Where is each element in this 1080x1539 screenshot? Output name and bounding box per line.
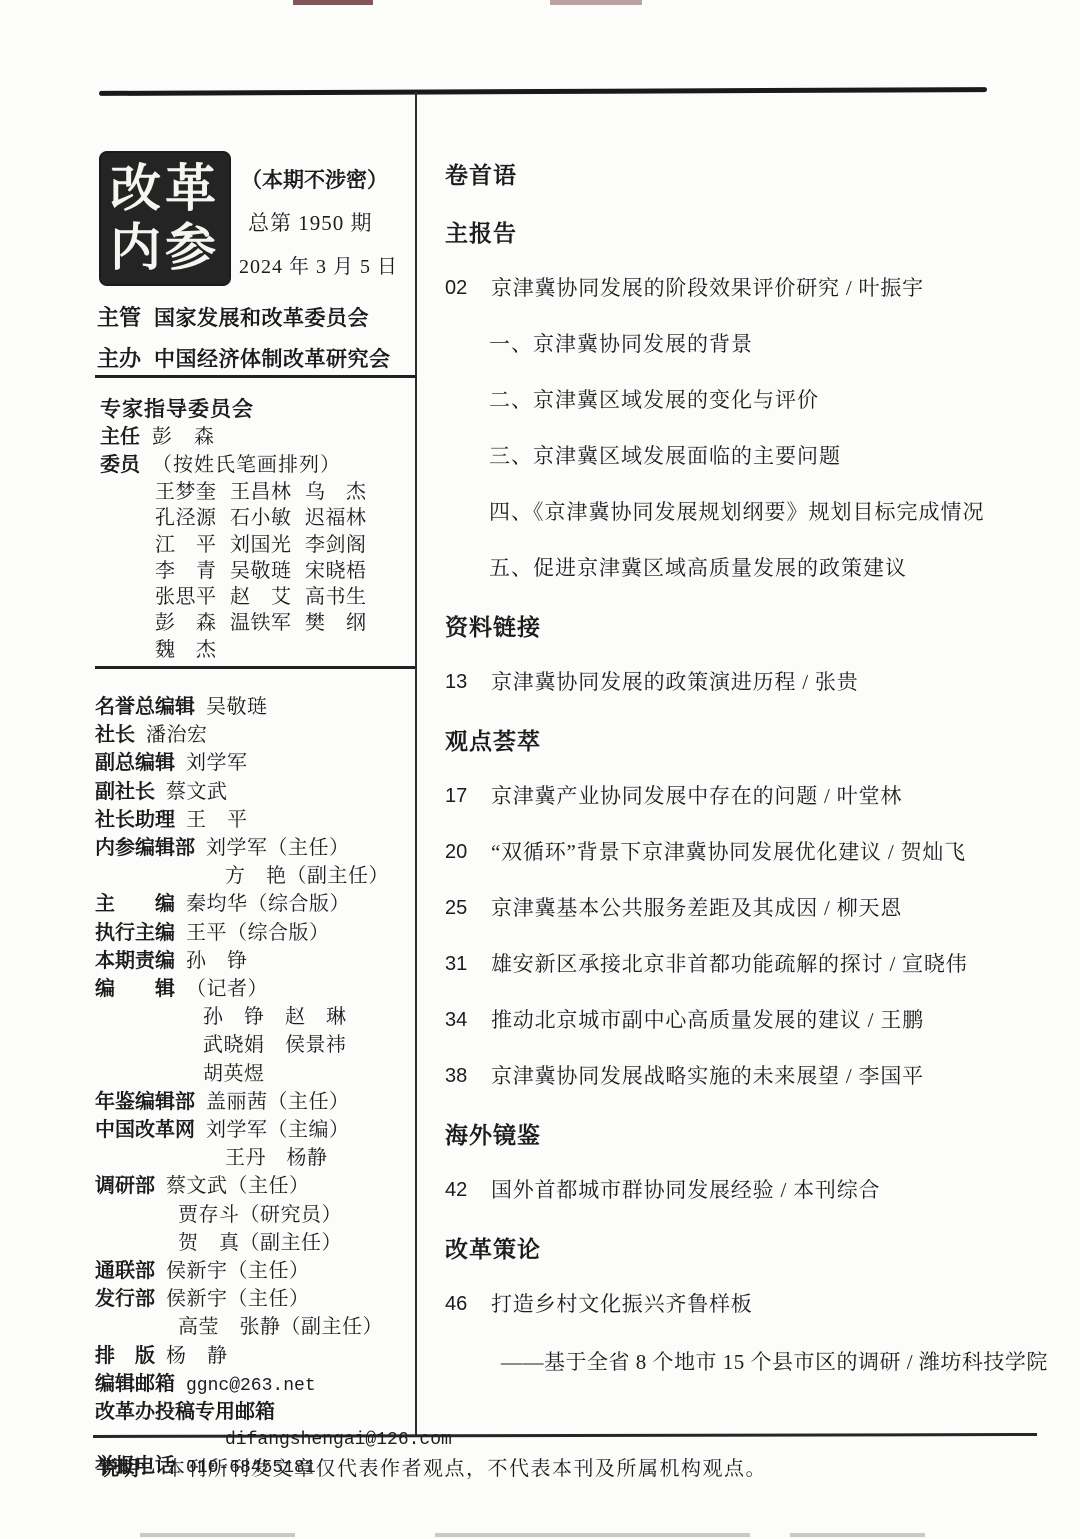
- member-name: 石小敏: [230, 506, 305, 531]
- staff-person: 孙 铮 赵 琳: [203, 1006, 347, 1028]
- staff-person: 刘学军（主任）: [206, 837, 350, 859]
- staff-row: 本期责编孙 铮: [95, 948, 429, 976]
- committee-title: 专家指导委员会: [100, 396, 419, 424]
- staff-person: 侯新宇（主任）: [166, 1288, 310, 1310]
- staff-person: 孙 铮: [186, 950, 248, 972]
- sponsor-row: 主办中国经济体制改革研究会: [97, 342, 391, 373]
- toc-page-number: 20: [445, 838, 491, 866]
- staff-person: 蔡文武（主任）: [166, 1175, 310, 1197]
- staff-list: 名誉总编辑吴敬琏社长潘治宏副总编辑刘学军副社长蔡文武社长助理王 平内参编辑部刘学…: [95, 694, 429, 1482]
- member-name: 王昌林: [230, 480, 305, 505]
- committee-member-row: 孔泾源石小敏迟福林: [95, 506, 419, 532]
- member-name: 魏 杰: [155, 638, 230, 663]
- toc-entry-title: 打造乡村文化振兴齐鲁样板: [491, 1290, 753, 1318]
- chair-label: 主任: [100, 426, 140, 448]
- member-name: 刘国光: [230, 533, 305, 558]
- toc-section-heading: 资料链接: [445, 614, 1060, 640]
- member-name: 赵 艾: [230, 585, 305, 610]
- member-name: 张思平: [155, 585, 230, 610]
- member-name: 温铁军: [230, 611, 305, 636]
- magazine-toc-page: 改革 内参 （本期不涉密） 总第 1950 期 2024 年 3 月 5 日 主…: [0, 0, 1080, 1539]
- staff-person: 吴敬琏: [206, 696, 268, 718]
- member-name: 乌 杰: [305, 480, 380, 505]
- committee-members: 王梦奎王昌林乌 杰孔泾源石小敏迟福林江 平刘国光李剑阁李 青吴敬琏宋晓梧张思平赵…: [95, 480, 419, 664]
- staff-row: 社长潘治宏: [95, 722, 429, 750]
- staff-row: 中国改革网刘学军（主编）: [95, 1117, 429, 1145]
- supervisor-name: 国家发展和改革委员会: [154, 307, 369, 330]
- staff-row: 社长助理王 平: [95, 807, 429, 835]
- toc-entry: 46打造乡村文化振兴齐鲁样板: [445, 1290, 1060, 1318]
- staff-role-label: 社长: [95, 724, 135, 746]
- toc-entry: 02京津冀协同发展的阶段效果评价研究 / 叶振宇: [445, 274, 1060, 302]
- staff-role-label: 副总编辑: [95, 752, 175, 774]
- toc-section-heading: 改革策论: [445, 1236, 1060, 1262]
- toc-page-number: 17: [445, 782, 491, 810]
- staff-role-label: 发行部: [95, 1288, 155, 1310]
- staff-role-label: 编辑邮箱: [95, 1373, 175, 1395]
- toc-entry-title: 京津冀协同发展战略实施的未来展望 / 李国平: [491, 1062, 924, 1090]
- staff-row: 内参编辑部刘学军（主任）: [95, 835, 429, 863]
- staff-person: 杨 静: [166, 1345, 228, 1367]
- sponsor-name: 中国经济体制改革研究会: [154, 348, 391, 371]
- sponsor-label: 主办: [97, 346, 141, 371]
- staff-role-label: 中国改革网: [95, 1119, 195, 1141]
- staff-person: 潘治宏: [146, 724, 208, 746]
- toc-entry: 34推动北京城市副中心高质量发展的建议 / 王鹏: [445, 1006, 1060, 1034]
- staff-row: 年鉴编辑部盖丽茜（主任）: [95, 1089, 429, 1117]
- top-rule: [99, 87, 987, 96]
- staff-person: ggnc@263.net: [186, 1376, 316, 1396]
- staff-person: 刘学军（主编）: [206, 1119, 350, 1141]
- staff-person: 蔡文武: [166, 781, 228, 803]
- staff-role-label: 主 编: [95, 893, 175, 915]
- toc-entry: 25京津冀基本公共服务差距及其成因 / 柳天恩: [445, 894, 1060, 922]
- staff-role-label: 名誉总编辑: [95, 696, 195, 718]
- committee-member-row: 李 青吴敬琏宋晓梧: [95, 559, 419, 585]
- toc-entry-title: 推动北京城市副中心高质量发展的建议 / 王鹏: [491, 1006, 924, 1034]
- note-label: 说明：: [99, 1458, 159, 1480]
- staff-row: 王丹 杨静: [95, 1145, 429, 1173]
- staff-person: 武晓娟 侯景祎: [203, 1034, 347, 1056]
- staff-role-label: 内参编辑部: [95, 837, 195, 859]
- toc-page-number: 02: [445, 274, 491, 302]
- staff-row: 执行主编王平（综合版）: [95, 920, 429, 948]
- committee-member-row: 江 平刘国光李剑阁: [95, 533, 419, 559]
- staff-row: 贺 真（副主任）: [95, 1230, 429, 1258]
- toc-page-number: 42: [445, 1176, 491, 1204]
- staff-row: 副总编辑刘学军: [95, 750, 429, 778]
- staff-role-label: 调研部: [95, 1175, 155, 1197]
- scan-artifact: [435, 1533, 750, 1537]
- member-name: 高书生: [305, 585, 380, 610]
- toc-page-number: 25: [445, 894, 491, 922]
- member-name: 江 平: [155, 533, 230, 558]
- toc-subitem: 五、促进京津冀区域高质量发展的政策建议: [445, 554, 1060, 582]
- staff-role-label: 排 版: [95, 1345, 155, 1367]
- toc-entry-title: 京津冀基本公共服务差距及其成因 / 柳天恩: [491, 894, 902, 922]
- staff-row: 编辑邮箱ggnc@263.net: [95, 1371, 429, 1399]
- classification-note: （本期不涉密）: [241, 164, 388, 194]
- staff-person: 贺 真（副主任）: [178, 1232, 342, 1254]
- toc-subitem: 二、京津冀区域发展的变化与评价: [445, 386, 1060, 414]
- issue-date: 2024 年 3 月 5 日: [239, 250, 398, 279]
- masthead-separator: [95, 375, 417, 378]
- member-name: 吴敬琏: [230, 559, 305, 584]
- staff-role-label: 通联部: [95, 1260, 155, 1282]
- logo-text-row: 改革: [110, 160, 220, 219]
- staff-row: 主 编秦均华（综合版）: [95, 891, 429, 919]
- toc-page-number: 31: [445, 950, 491, 978]
- staff-person: （记者）: [186, 978, 268, 1000]
- toc-section-heading: 观点荟萃: [445, 728, 1060, 754]
- scan-artifact: [790, 1533, 925, 1537]
- toc-entry-subtitle: ——基于全省 8 个地市 15 个县市区的调研 / 潍坊科技学院: [445, 1348, 1060, 1376]
- staff-role-label: 改革办投稿专用邮箱: [95, 1401, 275, 1423]
- toc-entry: 17京津冀产业协同发展中存在的问题 / 叶堂林: [445, 782, 1060, 810]
- staff-row: 通联部侯新宇（主任）: [95, 1258, 429, 1286]
- committee-member-row: 王梦奎王昌林乌 杰: [95, 480, 419, 506]
- staff-role-label: 社长助理: [95, 809, 175, 831]
- staff-person: 方 艳（副主任）: [225, 865, 389, 887]
- staff-row: 武晓娟 侯景祎: [95, 1032, 429, 1060]
- disclaimer-note: 说明：本刊所刊发文章仅代表作者观点，不代表本刊及所属机构观点。: [99, 1452, 767, 1481]
- committee-member-row: 魏 杰: [95, 638, 419, 664]
- toc-page-number: 13: [445, 668, 491, 696]
- toc-entry: 20“双循环”背景下京津冀协同发展优化建议 / 贺灿飞: [445, 838, 1060, 866]
- toc-entry-title: 京津冀协同发展的阶段效果评价研究 / 叶振宇: [491, 274, 924, 302]
- toc-entry-title: “双循环”背景下京津冀协同发展优化建议 / 贺灿飞: [491, 838, 966, 866]
- staff-person: 秦均华（综合版）: [186, 893, 350, 915]
- staff-person: difangshengai@126.com: [225, 1430, 452, 1450]
- toc-subitem: 一、京津冀协同发展的背景: [445, 330, 1060, 358]
- staff-person: 王丹 杨静: [225, 1147, 328, 1169]
- toc-section-heading: 卷首语: [445, 162, 1060, 188]
- toc-section-heading: 主报告: [445, 220, 1060, 246]
- staff-row: difangshengai@126.com: [95, 1427, 429, 1453]
- toc-entry: 31雄安新区承接北京非首都功能疏解的探讨 / 宣晓伟: [445, 950, 1060, 978]
- member-name: 樊 纲: [305, 611, 380, 636]
- member-name: 迟福林: [305, 506, 380, 531]
- staff-role-label: 执行主编: [95, 922, 175, 944]
- staff-row: 胡英煜: [95, 1061, 429, 1089]
- issue-number: 总第 1950 期: [248, 207, 373, 237]
- staff-row: 方 艳（副主任）: [95, 863, 429, 891]
- staff-row: 高莹 张静（副主任）: [95, 1314, 429, 1342]
- committee-member-row: 张思平赵 艾高书生: [95, 585, 419, 611]
- logo-text-row: 内参: [110, 219, 220, 278]
- toc-subitem: 四、《京津冀协同发展规划纲要》规划目标完成情况: [445, 498, 1060, 526]
- toc-entry-title: 雄安新区承接北京非首都功能疏解的探讨 / 宣晓伟: [491, 950, 968, 978]
- chair-name: 彭 森: [152, 426, 215, 448]
- member-name: 彭 森: [155, 611, 230, 636]
- members-label: 委员: [100, 454, 140, 476]
- staff-role-label: 副社长: [95, 781, 155, 803]
- toc-entry-title: 京津冀协同发展的政策演进历程 / 张贵: [491, 668, 859, 696]
- toc-subitem: 三、京津冀区域发展面临的主要问题: [445, 442, 1060, 470]
- staff-role-label: 本期责编: [95, 950, 175, 972]
- expert-committee: 专家指导委员会 主任彭 森 委员（按姓氏笔画排列） 王梦奎王昌林乌 杰孔泾源石小…: [95, 396, 419, 664]
- staff-row: 改革办投稿专用邮箱: [95, 1399, 429, 1427]
- scan-artifact: [293, 0, 373, 5]
- staff-person: 胡英煜: [203, 1063, 265, 1085]
- toc-entry: 13京津冀协同发展的政策演进历程 / 张贵: [445, 668, 1060, 696]
- member-name: 王梦奎: [155, 480, 230, 505]
- staff-row: 孙 铮 赵 琳: [95, 1004, 429, 1032]
- member-name: 宋晓梧: [305, 559, 380, 584]
- committee-member-row: 彭 森温铁军樊 纲: [95, 611, 419, 637]
- staff-row: 名誉总编辑吴敬琏: [95, 694, 429, 722]
- committee-members-row: 委员（按姓氏笔画排列）: [100, 452, 419, 480]
- staff-row: 贾存斗（研究员）: [95, 1202, 429, 1230]
- staff-person: 刘学军: [186, 752, 248, 774]
- committee-chair-row: 主任彭 森: [100, 424, 419, 452]
- staff-person: 盖丽茜（主任）: [206, 1091, 350, 1113]
- toc: 卷首语主报告02京津冀协同发展的阶段效果评价研究 / 叶振宇一、京津冀协同发展的…: [445, 162, 1060, 1376]
- toc-entry-title: 国外首都城市群协同发展经验 / 本刊综合: [491, 1176, 880, 1204]
- staff-row: 调研部蔡文武（主任）: [95, 1173, 429, 1201]
- supervisor-label: 主管: [97, 305, 141, 330]
- member-name: 李剑阁: [305, 533, 380, 558]
- note-text: 本刊所刊发文章仅代表作者观点，不代表本刊及所属机构观点。: [165, 1458, 767, 1480]
- toc-page-number: 38: [445, 1062, 491, 1090]
- supervisor-row: 主管国家发展和改革委员会: [97, 301, 369, 332]
- staff-person: 侯新宇（主任）: [166, 1260, 310, 1282]
- staff-person: 贾存斗（研究员）: [178, 1204, 342, 1226]
- staff-person: 王 平: [186, 809, 248, 831]
- staff-role-label: 年鉴编辑部: [95, 1091, 195, 1113]
- toc-section-heading: 海外镜鉴: [445, 1122, 1060, 1148]
- staff-row: 编 辑（记者）: [95, 976, 429, 1004]
- staff-row: 排 版杨 静: [95, 1343, 429, 1371]
- toc-page-number: 46: [445, 1290, 491, 1318]
- magazine-logo: 改革 内参: [101, 153, 229, 284]
- staff-row: 副社长蔡文武: [95, 779, 429, 807]
- staff-role-label: 编 辑: [95, 978, 175, 1000]
- members-note: （按姓氏笔画排列）: [152, 454, 341, 476]
- toc-entry: 42国外首都城市群协同发展经验 / 本刊综合: [445, 1176, 1060, 1204]
- staff-person: 高莹 张静（副主任）: [178, 1316, 383, 1338]
- staff-row: 发行部侯新宇（主任）: [95, 1286, 429, 1314]
- toc-page-number: 34: [445, 1006, 491, 1034]
- toc-entry-title: 京津冀产业协同发展中存在的问题 / 叶堂林: [491, 782, 902, 810]
- toc-entry: 38京津冀协同发展战略实施的未来展望 / 李国平: [445, 1062, 1060, 1090]
- staff-person: 王平（综合版）: [186, 922, 330, 944]
- committee-separator: [95, 666, 415, 669]
- member-name: 孔泾源: [155, 506, 230, 531]
- scan-artifact: [140, 1533, 295, 1537]
- member-name: 李 青: [155, 559, 230, 584]
- scan-artifact: [550, 0, 642, 5]
